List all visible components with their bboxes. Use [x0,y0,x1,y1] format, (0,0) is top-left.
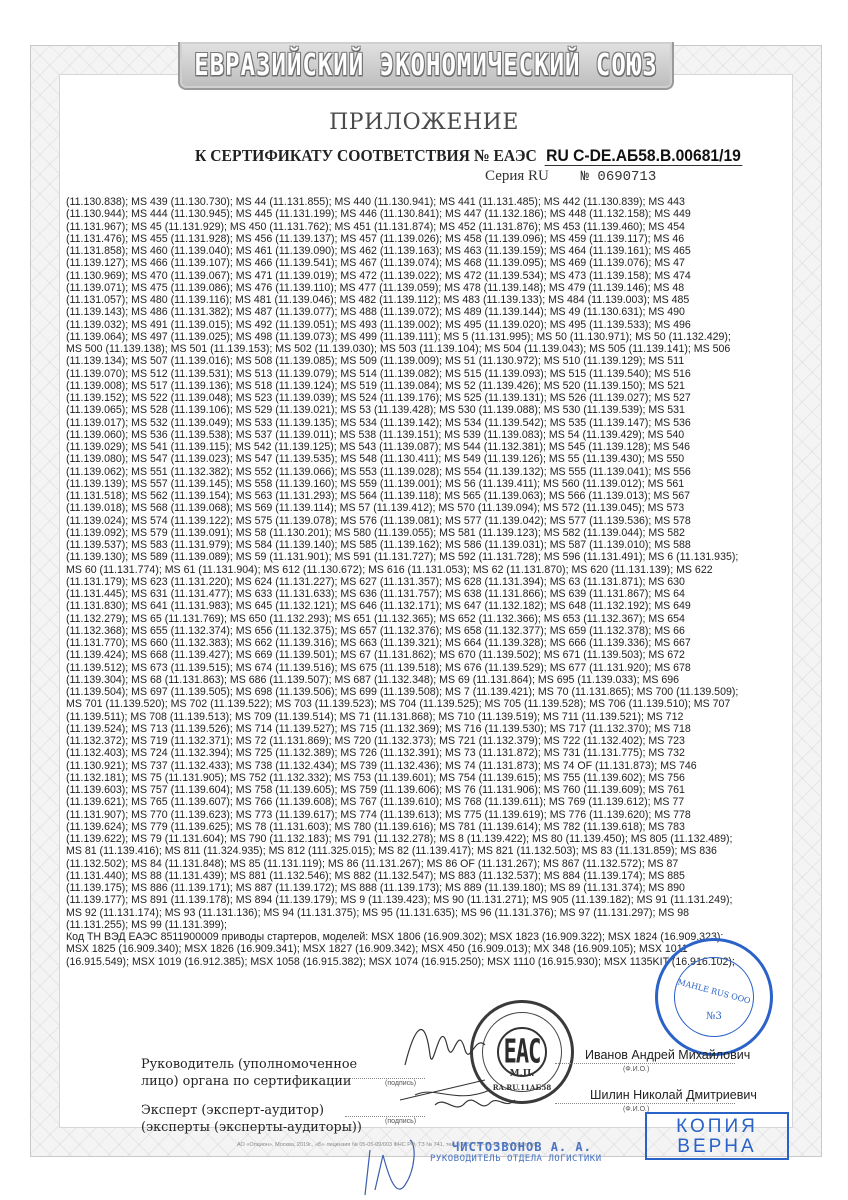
text-line: (11.139.071); MS 475 (11.139.086); MS 47… [66,282,771,294]
expert-name: Шилин Николай Дмитриевич [590,1088,757,1102]
text-line: (11.139.032); MS 491 (11.139.015); MS 49… [66,319,771,331]
logistics-stamp: ЧИСТОЗВОНОВ А. А. РУКОВОДИТЕЛЬ ОТДЕЛА ЛО… [452,1140,602,1164]
text-line: (11.139.127); MS 466 (11.139.107); MS 46… [66,257,771,269]
text-line: (11.132.372); MS 719 (11.132.371); MS 72… [66,735,771,747]
stamp-number: №3 [658,1011,770,1022]
text-line: (11.131.858); MS 460 (11.139.040); MS 46… [66,245,771,257]
text-line: (11.139.424); MS 668 (11.139.427); MS 66… [66,649,771,661]
expert-fio-line [555,1103,735,1104]
expert-label-line2: (эксперты (эксперты-аудиторы)) [141,1119,362,1136]
series-label: Серия RU [485,168,549,184]
text-line: (11.139.060); MS 536 (11.139.538); MS 53… [66,429,771,441]
text-line: (11.132.368); MS 655 (11.132.374); MS 65… [66,625,771,637]
text-line: (11.139.621); MS 765 (11.139.607); MS 76… [66,796,771,808]
models-list: (11.130.838); MS 439 (11.130.730); MS 44… [66,196,771,968]
text-line: (11.131.830); MS 641 (11.131.983); MS 64… [66,600,771,612]
text-line: (11.139.134); MS 507 (11.139.016); MS 50… [66,355,771,367]
text-line: (11.130.944); MS 444 (11.130.945); MS 44… [66,208,771,220]
text-line: (11.131.476); MS 455 (11.131.928); MS 45… [66,233,771,245]
head-label-line1: Руководитель (уполномоченное [141,1056,357,1073]
text-line: (11.130.969); MS 470 (11.139.067); MS 47… [66,270,771,282]
text-line: (11.132.181); MS 75 (11.131.905); MS 752… [66,772,771,784]
head-label-line2: лицо) органа по сертификации [141,1073,357,1090]
subtitle-prefix: К СЕРТИФИКАТУ СООТВЕТСТВИЯ № ЕАЭС [195,146,537,165]
text-line: (11.139.008); MS 517 (11.139.136); MS 51… [66,380,771,392]
text-line: (11.131.518); MS 562 (11.139.154); MS 56… [66,490,771,502]
text-line: Код ТН ВЭД ЕАЭС 8511900009 приводы старт… [66,931,771,943]
text-line: MSX 1825 (16.909.340); MSX 1826 (16.909.… [66,943,771,955]
head-fio-line [555,1063,735,1064]
union-banner: ЕВРАЗИЙСКИЙ ЭКОНОМИЧЕСКИЙ СОЮЗ [178,42,674,90]
text-line: (11.139.622); MS 79 (11.131.604); MS 790… [66,833,771,845]
text-line: (11.130.838); MS 439 (11.130.730); MS 44… [66,196,771,208]
series-number: № 0690713 [581,169,657,185]
logistics-role: РУКОВОДИТЕЛЬ ОТДЕЛА ЛОГИСТИКИ [430,1154,602,1164]
expert-signature-icon [430,1085,520,1125]
text-line: (11.139.624); MS 779 (11.139.625); MS 78… [66,821,771,833]
text-line: (11.139.177); MS 891 (11.139.178); MS 89… [66,894,771,906]
text-line: MS 60 (11.131.774); MS 61 (11.131.904); … [66,564,771,576]
logistics-signature-icon [345,1130,425,1200]
certificate-subtitle: К СЕРТИФИКАТУ СООТВЕТСТВИЯ № ЕАЭС RU C-D… [195,146,743,166]
text-line: (11.139.603); MS 757 (11.139.604); MS 75… [66,784,771,796]
text-line: (11.139.504); MS 697 (11.139.505); MS 69… [66,686,771,698]
head-signature-line [345,1078,425,1079]
text-line: (11.132.279); MS 65 (11.131.769); MS 650… [66,613,771,625]
expert-signature-caption: (подпись) [385,1118,416,1125]
text-line: (11.139.304); MS 68 (11.131.863); MS 686… [66,674,771,686]
text-line: MS 500 (11.139.138); MS 501 (11.139.153)… [66,343,771,355]
text-line: (11.139.070); MS 512 (11.139.531); MS 51… [66,368,771,380]
text-line: (11.131.967); MS 45 (11.131.929); MS 450… [66,221,771,233]
text-line: (11.139.143); MS 486 (11.131.382); MS 48… [66,306,771,318]
copy-certified-stamp: КОПИЯ ВЕРНА [645,1112,789,1160]
text-line: (11.139.029); MS 541 (11.139.115); MS 54… [66,441,771,453]
expert-label-line1: Эксперт (эксперт-аудитор) [141,1102,362,1119]
text-line: (11.132.403); MS 724 (11.132.394); MS 72… [66,747,771,759]
expert-signature-line [345,1116,425,1117]
text-line: (11.139.537); MS 583 (11.131.979); MS 58… [66,539,771,551]
text-line: (11.139.065); MS 528 (11.139.106); MS 52… [66,404,771,416]
text-line: (11.139.139); MS 557 (11.139.145); MS 55… [66,478,771,490]
text-line: (11.131.445); MS 631 (11.131.477); MS 63… [66,588,771,600]
certificate-number: RU C-DE.АБ58.В.00681/19 [544,146,742,166]
copy-stamp-line1: КОПИЯ [647,1117,787,1137]
text-line: (11.139.511); MS 708 (11.139.513); MS 70… [66,711,771,723]
text-line: (11.131.179); MS 623 (11.131.220); MS 62… [66,576,771,588]
logistics-name: ЧИСТОЗВОНОВ А. А. [452,1140,602,1154]
text-line: (11.139.152); MS 522 (11.139.048); MS 52… [66,392,771,404]
copy-stamp-line2: ВЕРНА [647,1137,787,1157]
text-line: (11.139.175); MS 886 (11.139.171); MS 88… [66,882,771,894]
union-banner-text: ЕВРАЗИЙСКИЙ ЭКОНОМИЧЕСКИЙ СОЮЗ [194,48,657,83]
text-line: (11.139.130); MS 589 (11.139.089); MS 59… [66,551,771,563]
text-line: (11.131.770); MS 660 (11.132.383); MS 66… [66,637,771,649]
text-line: (11.139.080); MS 547 (11.139.023); MS 54… [66,453,771,465]
models-lines: (11.130.838); MS 439 (11.130.730); MS 44… [66,196,771,931]
text-line: MS 92 (11.131.174); MS 93 (11.131.136); … [66,907,771,919]
text-line: (11.131.440); MS 88 (11.131.439); MS 881… [66,870,771,882]
company-round-stamp: MAHLE RUS ООО №3 [655,938,773,1056]
head-label: Руководитель (уполномоченное лицо) орган… [141,1056,357,1090]
head-name: Иванов Андрей Михайлович [585,1048,750,1062]
text-line: (11.139.512); MS 673 (11.139.515); MS 67… [66,662,771,674]
text-line: (11.139.017); MS 532 (11.139.049); MS 53… [66,417,771,429]
head-fio-caption: (Ф.И.О.) [623,1066,649,1073]
text-line: (11.139.018); MS 568 (11.139.068); MS 56… [66,502,771,514]
text-line: (11.131.907); MS 770 (11.139.623); MS 77… [66,809,771,821]
text-line: (11.132.502); MS 84 (11.131.848); MS 85 … [66,858,771,870]
head-signature-caption: (подпись) [385,1080,416,1087]
text-line: MS 701 (11.139.520); MS 702 (11.139.522)… [66,698,771,710]
text-line: (11.130.921); MS 737 (11.132.433); MS 73… [66,760,771,772]
text-line: (11.139.524); MS 713 (11.139.526); MS 71… [66,723,771,735]
text-line: (11.139.062); MS 551 (11.132.382); MS 55… [66,466,771,478]
text-line: (11.131.057); MS 480 (11.139.116); MS 48… [66,294,771,306]
text-line: (11.131.255); MS 99 (11.131.399); [66,919,771,931]
expert-label: Эксперт (эксперт-аудитор) (эксперты (экс… [141,1102,362,1136]
eac-mark: ЕАС [504,1033,541,1071]
page-title: ПРИЛОЖЕНИЕ [0,110,848,135]
text-line: (11.139.092); MS 579 (11.139.091); MS 58… [66,527,771,539]
text-line: MS 81 (11.139.416); MS 811 (11.324.935);… [66,845,771,857]
text-line: (11.139.024); MS 574 (11.139.122); MS 57… [66,515,771,527]
text-line: (11.139.064); MS 497 (11.139.025); MS 49… [66,331,771,343]
series-line: Серия RU № 0690713 [485,168,656,185]
